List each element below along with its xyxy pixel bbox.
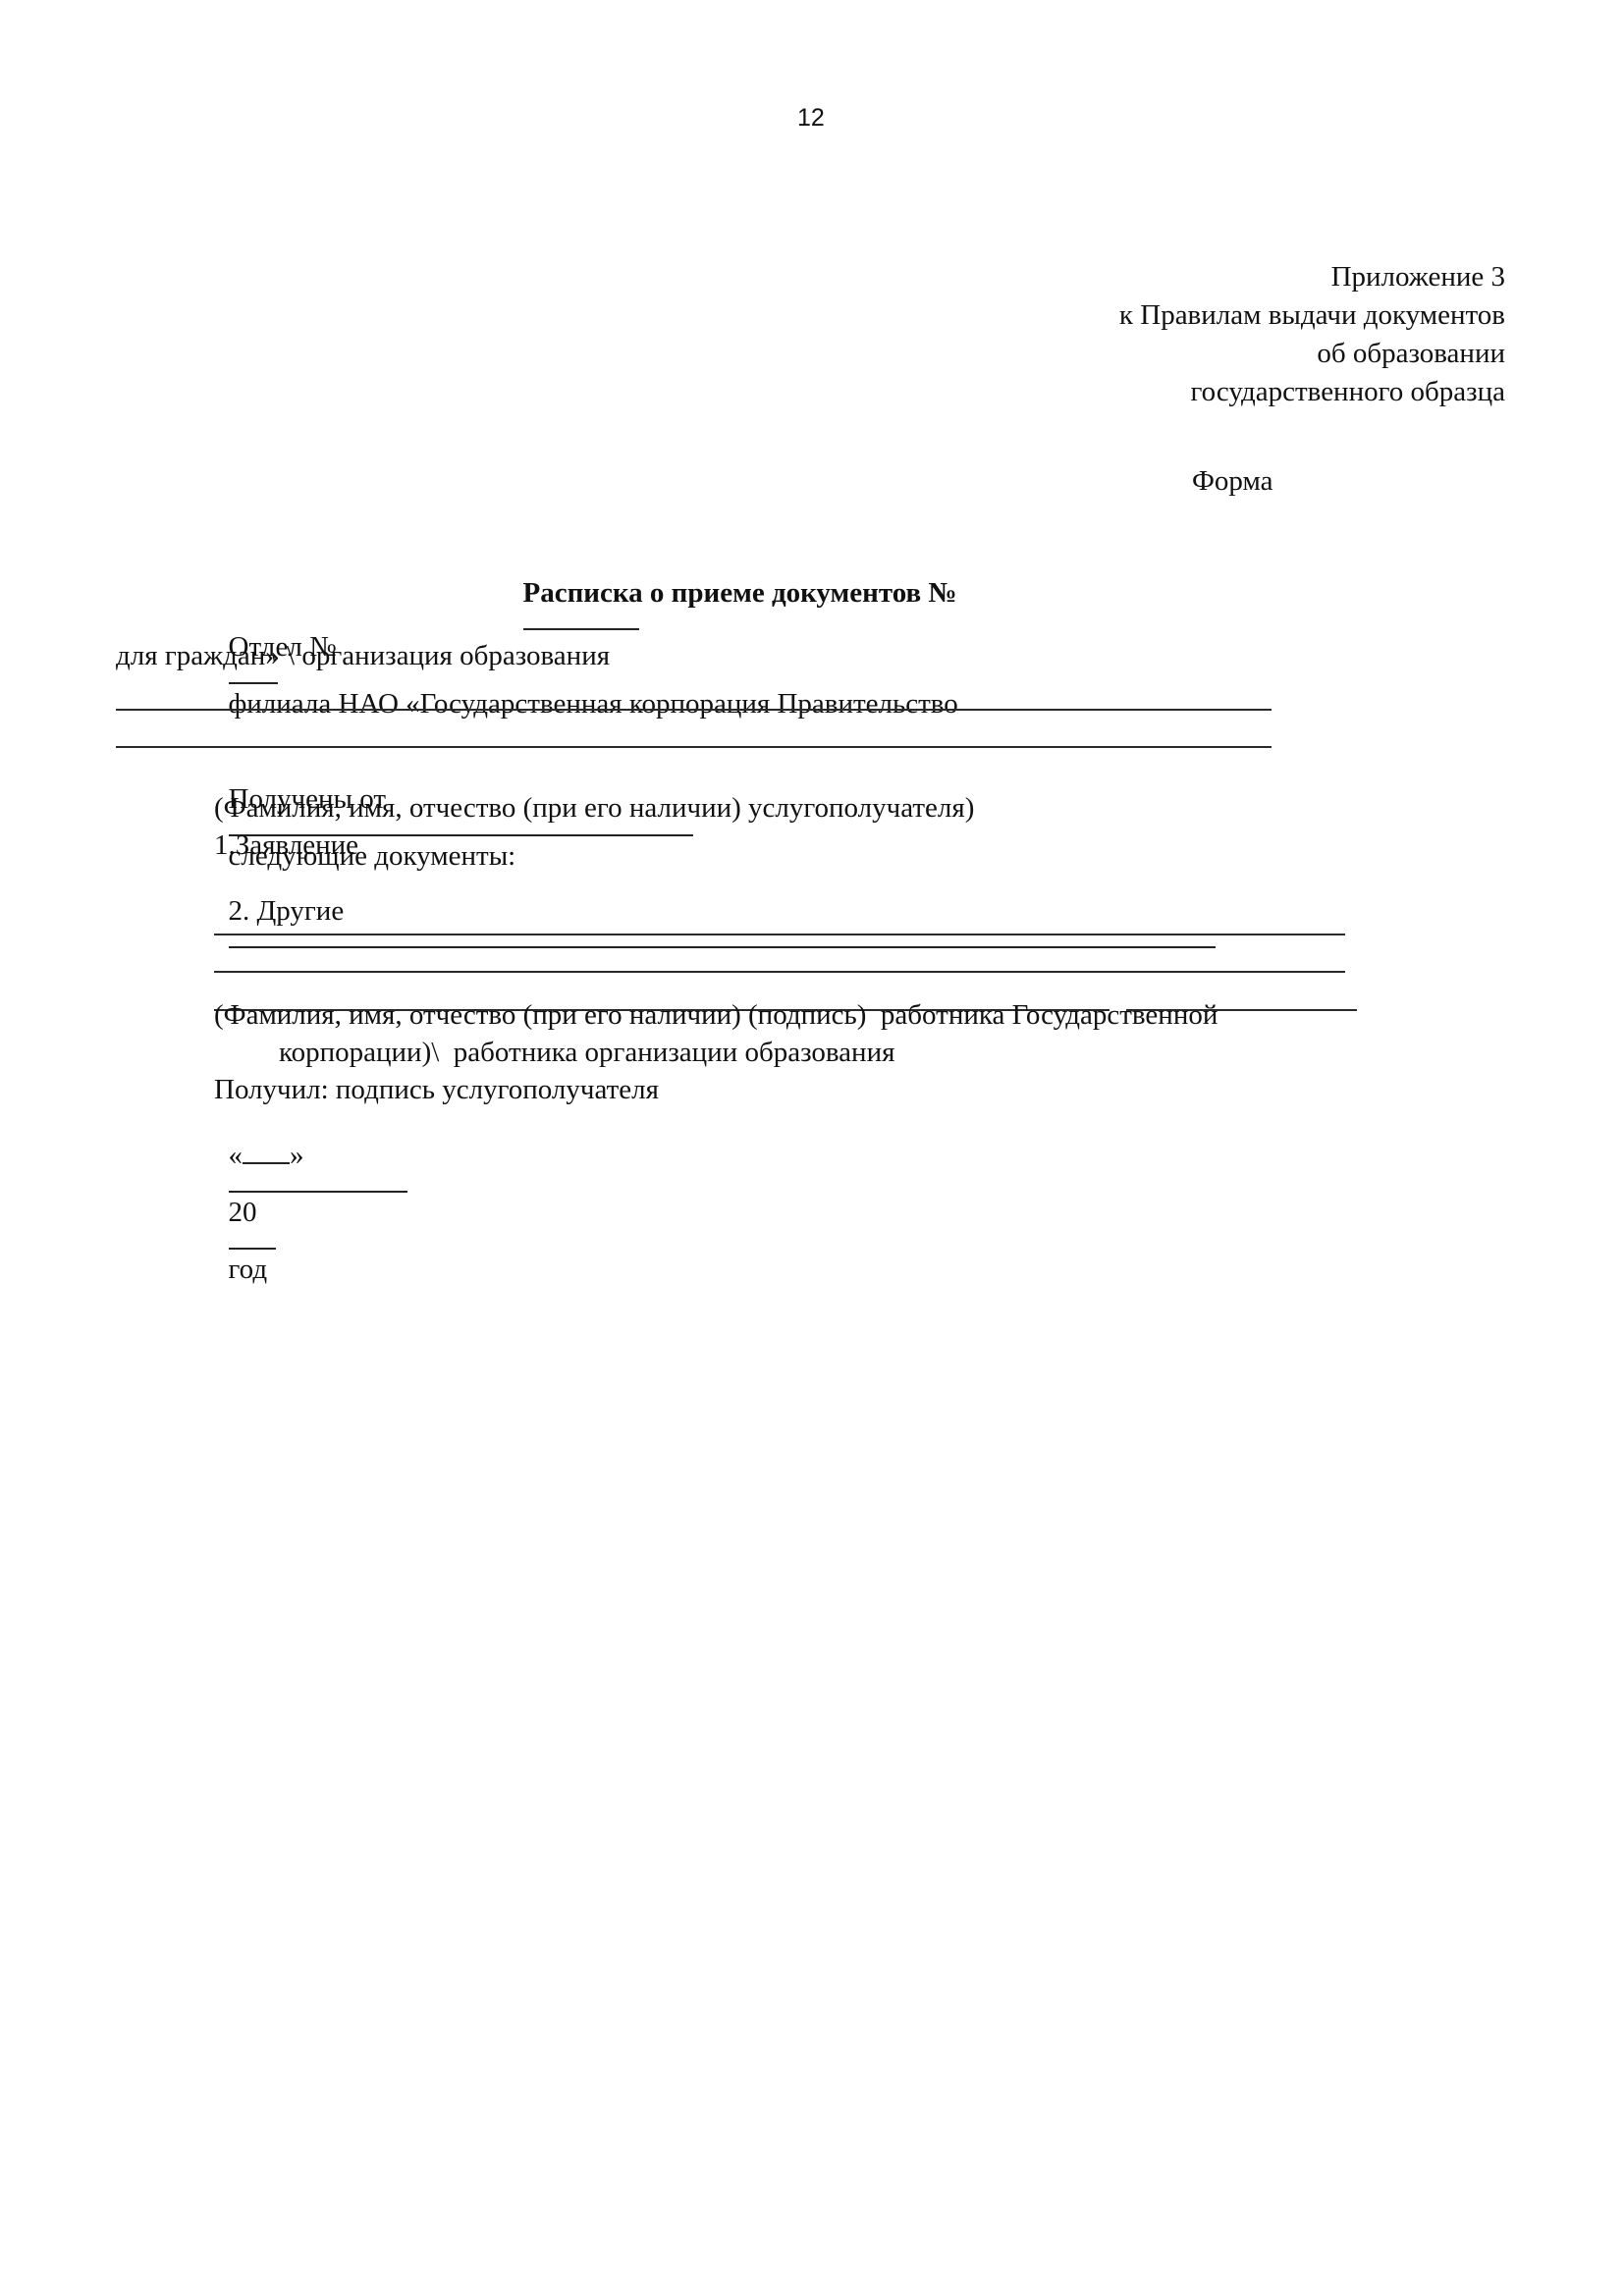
annex-line-1: Приложение 3 — [1331, 263, 1505, 292]
document-item-2: 2. Другие — [214, 869, 1216, 954]
month-field[interactable] — [229, 1190, 407, 1193]
date-row: «» 20 год — [214, 1113, 407, 1284]
department-number-field[interactable] — [229, 681, 278, 684]
other-documents-field[interactable] — [229, 945, 1216, 948]
page-number: 12 — [797, 104, 825, 133]
signature-caption-line-2: корпорации)\ работника организации образ… — [279, 1039, 894, 1067]
document-item-1: 1.Заявление — [214, 831, 358, 860]
form-label: Форма — [1192, 467, 1273, 496]
other-documents-line-2[interactable] — [214, 934, 1345, 935]
other-documents-line-3[interactable] — [214, 971, 1345, 973]
year-field[interactable] — [229, 1247, 276, 1250]
year-label: год — [229, 1254, 268, 1285]
recipient-signature-label: Получил: подпись услугополучателя — [214, 1076, 659, 1104]
other-documents-label: 2. Другие — [229, 895, 345, 927]
date-close-quote: » — [290, 1140, 304, 1171]
organization-field-line-1[interactable] — [116, 709, 1272, 711]
organization-field-line-2[interactable] — [116, 746, 1272, 748]
date-open-quote: « — [229, 1140, 244, 1171]
applicant-caption: (Фамилия, имя, отчество (при его наличии… — [214, 794, 974, 823]
year-prefix: 20 — [229, 1197, 257, 1228]
day-field[interactable] — [243, 1161, 290, 1164]
branch-text: филиала НАО «Государственная корпорация … — [229, 688, 958, 720]
annex-line-4: государственного образца — [1190, 378, 1505, 406]
signature-caption-line-1: (Фамилия, имя, отчество (при его наличии… — [214, 1001, 1218, 1030]
intro-line-2: для граждан» \ организация образования — [116, 642, 610, 670]
annex-line-2: к Правилам выдачи документов — [1119, 301, 1505, 330]
annex-line-3: об образовании — [1317, 340, 1505, 368]
